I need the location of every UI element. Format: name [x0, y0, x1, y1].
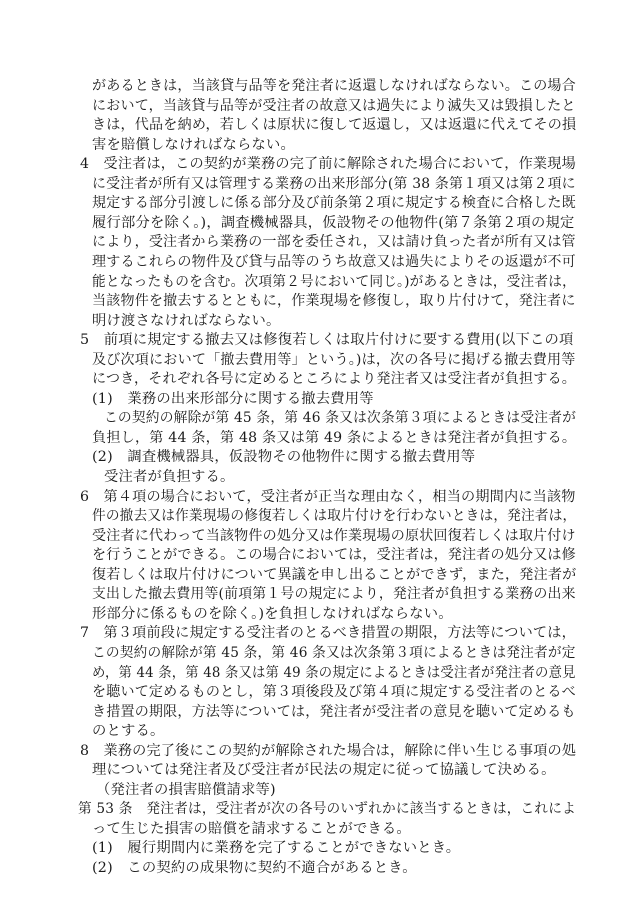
- text-line: 受注者が負担する。: [104, 468, 234, 488]
- text-line: きは，代品を納め，若しくは原状に復して返還し，又は返還に代えてその損: [92, 116, 576, 136]
- text-line: 能となったものを含む。次項第２号において同じ。)があるときは，受注者は，: [92, 273, 576, 293]
- text-line: 理するこれらの物件及び貸与品等のうち故意又は過失によりその返還が不可: [92, 253, 576, 273]
- document-page: があるときは，当該貸与品等を発注者に返還しなければならない。この場合において，当…: [0, 0, 630, 903]
- text-line: 8 業務の完了後にこの契約が解除された場合は，解除に伴い生じる事項の処: [80, 742, 576, 762]
- text-line: のとする。: [92, 722, 164, 742]
- text-line: (2) 調査機械器具，仮設物その他物件に関する撤去費用等: [92, 448, 475, 468]
- text-line: 7 第３項前段に規定する受注者のとるべき措置の期限，方法等については，: [80, 624, 576, 644]
- text-line: 第 53 条 発注者は，受注者が次の各号のいずれかに該当するときは，これによ: [78, 800, 576, 820]
- text-line: 復若しくは取片付けについて異議を申し出ることができず，また，発注者が: [92, 566, 576, 586]
- text-line: 負担し，第 44 条，第 48 条又は第 49 条によるときは発注者が負担する。: [92, 429, 576, 449]
- text-line: 履行部分を除く。)，調査機械器具，仮設物その他物件(第７条第２項の規定: [92, 214, 575, 234]
- text-line: (1) 業務の出来形部分に関する撤去費用等: [92, 390, 374, 410]
- text-line: 明け渡さなければならない。: [92, 312, 280, 332]
- text-line: 規定する部分引渡しに係る部分及び前条第２項に規定する検査に合格した既: [92, 194, 576, 214]
- text-line: 理については発注者及び受注者が民法の規定に従って協議して決める。: [92, 761, 556, 781]
- text-line: き措置の期限，方法等については，発注者が受注者の意見を聴いて定めるも: [92, 703, 576, 723]
- text-line: め，第 44 条，第 48 条又は第 49 条の規定によるときは受注者が発注者の…: [92, 664, 576, 684]
- text-line: って生じた損害の賠償を請求することができる。: [92, 820, 411, 840]
- text-line: において，当該貸与品等が受注者の故意又は過失により滅失又は毀損したと: [92, 97, 576, 117]
- text-line: (2) この契約の成果物に契約不適合があるとき。: [92, 859, 417, 879]
- text-line: 受注者に代わって当該物件の処分又は作業現場の原状回復若しくは取片付け: [92, 527, 576, 547]
- text-line: 及び次項において「撤去費用等」という。)は，次の各号に掲げる撤去費用等: [92, 351, 576, 371]
- text-line: があるときは，当該貸与品等を発注者に返還しなければならない。この場合: [92, 77, 576, 97]
- text-line: を聴いて定めるものとし，第３項後段及び第４項に規定する受注者のとるべ: [92, 683, 576, 703]
- text-line: 当該物件を撤去するとともに，作業現場を修復し，取り片付けて，発注者に: [92, 292, 576, 312]
- text-line: 5 前項に規定する撤去又は修復若しくは取片付けに要する費用(以下この項: [80, 331, 573, 351]
- text-line: 形部分に係るものを除く。)を負担しなければならない。: [92, 605, 453, 625]
- text-line: につき，それぞれ各号に定めるところにより発注者又は受注者が負担する。: [92, 370, 576, 390]
- text-line: 支出した撤去費用等(前項第１号の規定により，発注者が負担する業務の出来: [92, 585, 576, 605]
- text-line: に受注者が所有又は管理する業務の出来形部分(第 38 条第１項又は第２項に: [92, 175, 576, 195]
- text-line: 4 受注者は，この契約が業務の完了前に解除された場合において，作業現場: [80, 155, 576, 175]
- text-line: 件の撤去又は作業現場の修復若しくは取片付けを行わないときは，発注者は，: [92, 507, 576, 527]
- text-line: (1) 履行期間内に業務を完了することができないとき。: [92, 839, 460, 859]
- text-line: により，受注者から業務の一部を委任され，又は請け負った者が所有又は管: [92, 233, 576, 253]
- text-line: この契約の解除が第 45 条，第 46 条又は次条第３項によるときは受注者が: [104, 409, 576, 429]
- text-line: 害を賠償しなければならない。: [92, 136, 295, 156]
- text-line: この契約の解除が第 45 条，第 46 条又は次条第３項によるときは発注者が定: [92, 644, 576, 664]
- text-line: （発注者の損害賠償請求等): [96, 781, 276, 801]
- text-line: 6 第４項の場合において，受注者が正当な理由なく，相当の期間内に当該物: [80, 488, 576, 508]
- text-line: を行うことができる。この場合においては，受注者は，発注者の処分又は修: [92, 546, 576, 566]
